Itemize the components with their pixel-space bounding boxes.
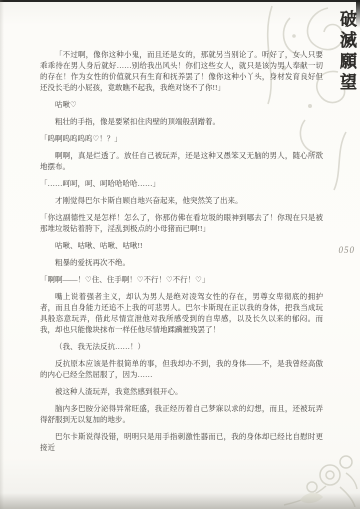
scan-edge-top-right [356,0,360,28]
novel-paragraph: 粗暴的爱抚再次不绝。 [40,257,323,268]
novel-sfx-line: 咕啾♡ [40,99,323,110]
page-bottom-shadow [0,493,360,509]
novel-dialogue-line: 「呜啊呜呜呜呜♡！？」 [40,133,323,144]
novel-paragraph: 嘴上说着强者主义，却认为男人是绝对凌驾女性的存在，男尊女卑彻底的拥护者，而且自身… [40,291,323,335]
novel-paragraph: 啊啊，真是烂透了。放任自己被玩弄，还是这种又愚笨又无脑的男人，随心所欲地摆布。 [40,150,323,172]
novel-sfx-line: 咕啾、咕啾、咕啾、咕啾!! [40,240,323,251]
novel-paragraph: 反抗原本应该是件很简单的事，但我却办不到，我的身体——不，是我曾经高傲的内心已经… [40,358,323,380]
novel-dialogue-line: 「你这副德性又是怎样！怎么了，你那仿佛在看垃圾的眼神到哪去了！你现在只是被那堆垃… [40,212,323,234]
novel-thought-line: （我、我无法反抗……！） [40,341,323,352]
novel-paragraph: 巴尔卡斯说得没错，明明只是用手指刺激性器而已，我的身体却已经比自慰时更接近 [40,431,323,453]
novel-dialogue-line: 「啊啊——！♡住、住手啊！♡不行！♡不行！♡」 [40,274,323,285]
scan-edge-top [0,0,360,2]
novel-paragraph: 「不过啊，像你这种小鬼，而且还是女的，那就另当别论了。听好了，女人只要乖乖待在男… [40,49,323,93]
page-number: 050 [339,245,356,255]
novel-paragraph: 才刚觉得巴尔卡斯自顾自地兴奋起来，他突然笑了出来。 [40,195,323,206]
book-title-vertical: 破滅願望 [336,10,355,94]
novel-paragraph: 被这种人渣玩弄，我竟然感到很开心。 [40,386,323,397]
novel-text-block: 「不过啊，像你这种小鬼，而且还是女的，那就另当别论了。听好了，女人只要乖乖待在男… [40,49,323,453]
novel-page-scan: 破滅願望 050 「不过啊，像你这种小鬼，而且还是女的，那就另当别论了。听好了，… [0,0,360,509]
novel-dialogue-line: 「……呵呵，呵、呵哈哈哈哈……」 [40,178,323,189]
novel-paragraph: 粗壮的手指，像是要紧扣住肉壁的顶端般刮蹭着。 [40,116,323,127]
scan-edge-left [0,0,4,509]
novel-paragraph: 脑内多巴胺分泌得异常旺盛，我正经历着自己梦寐以求的幻想，而且，还被玩弄得舒服到无… [40,403,323,425]
